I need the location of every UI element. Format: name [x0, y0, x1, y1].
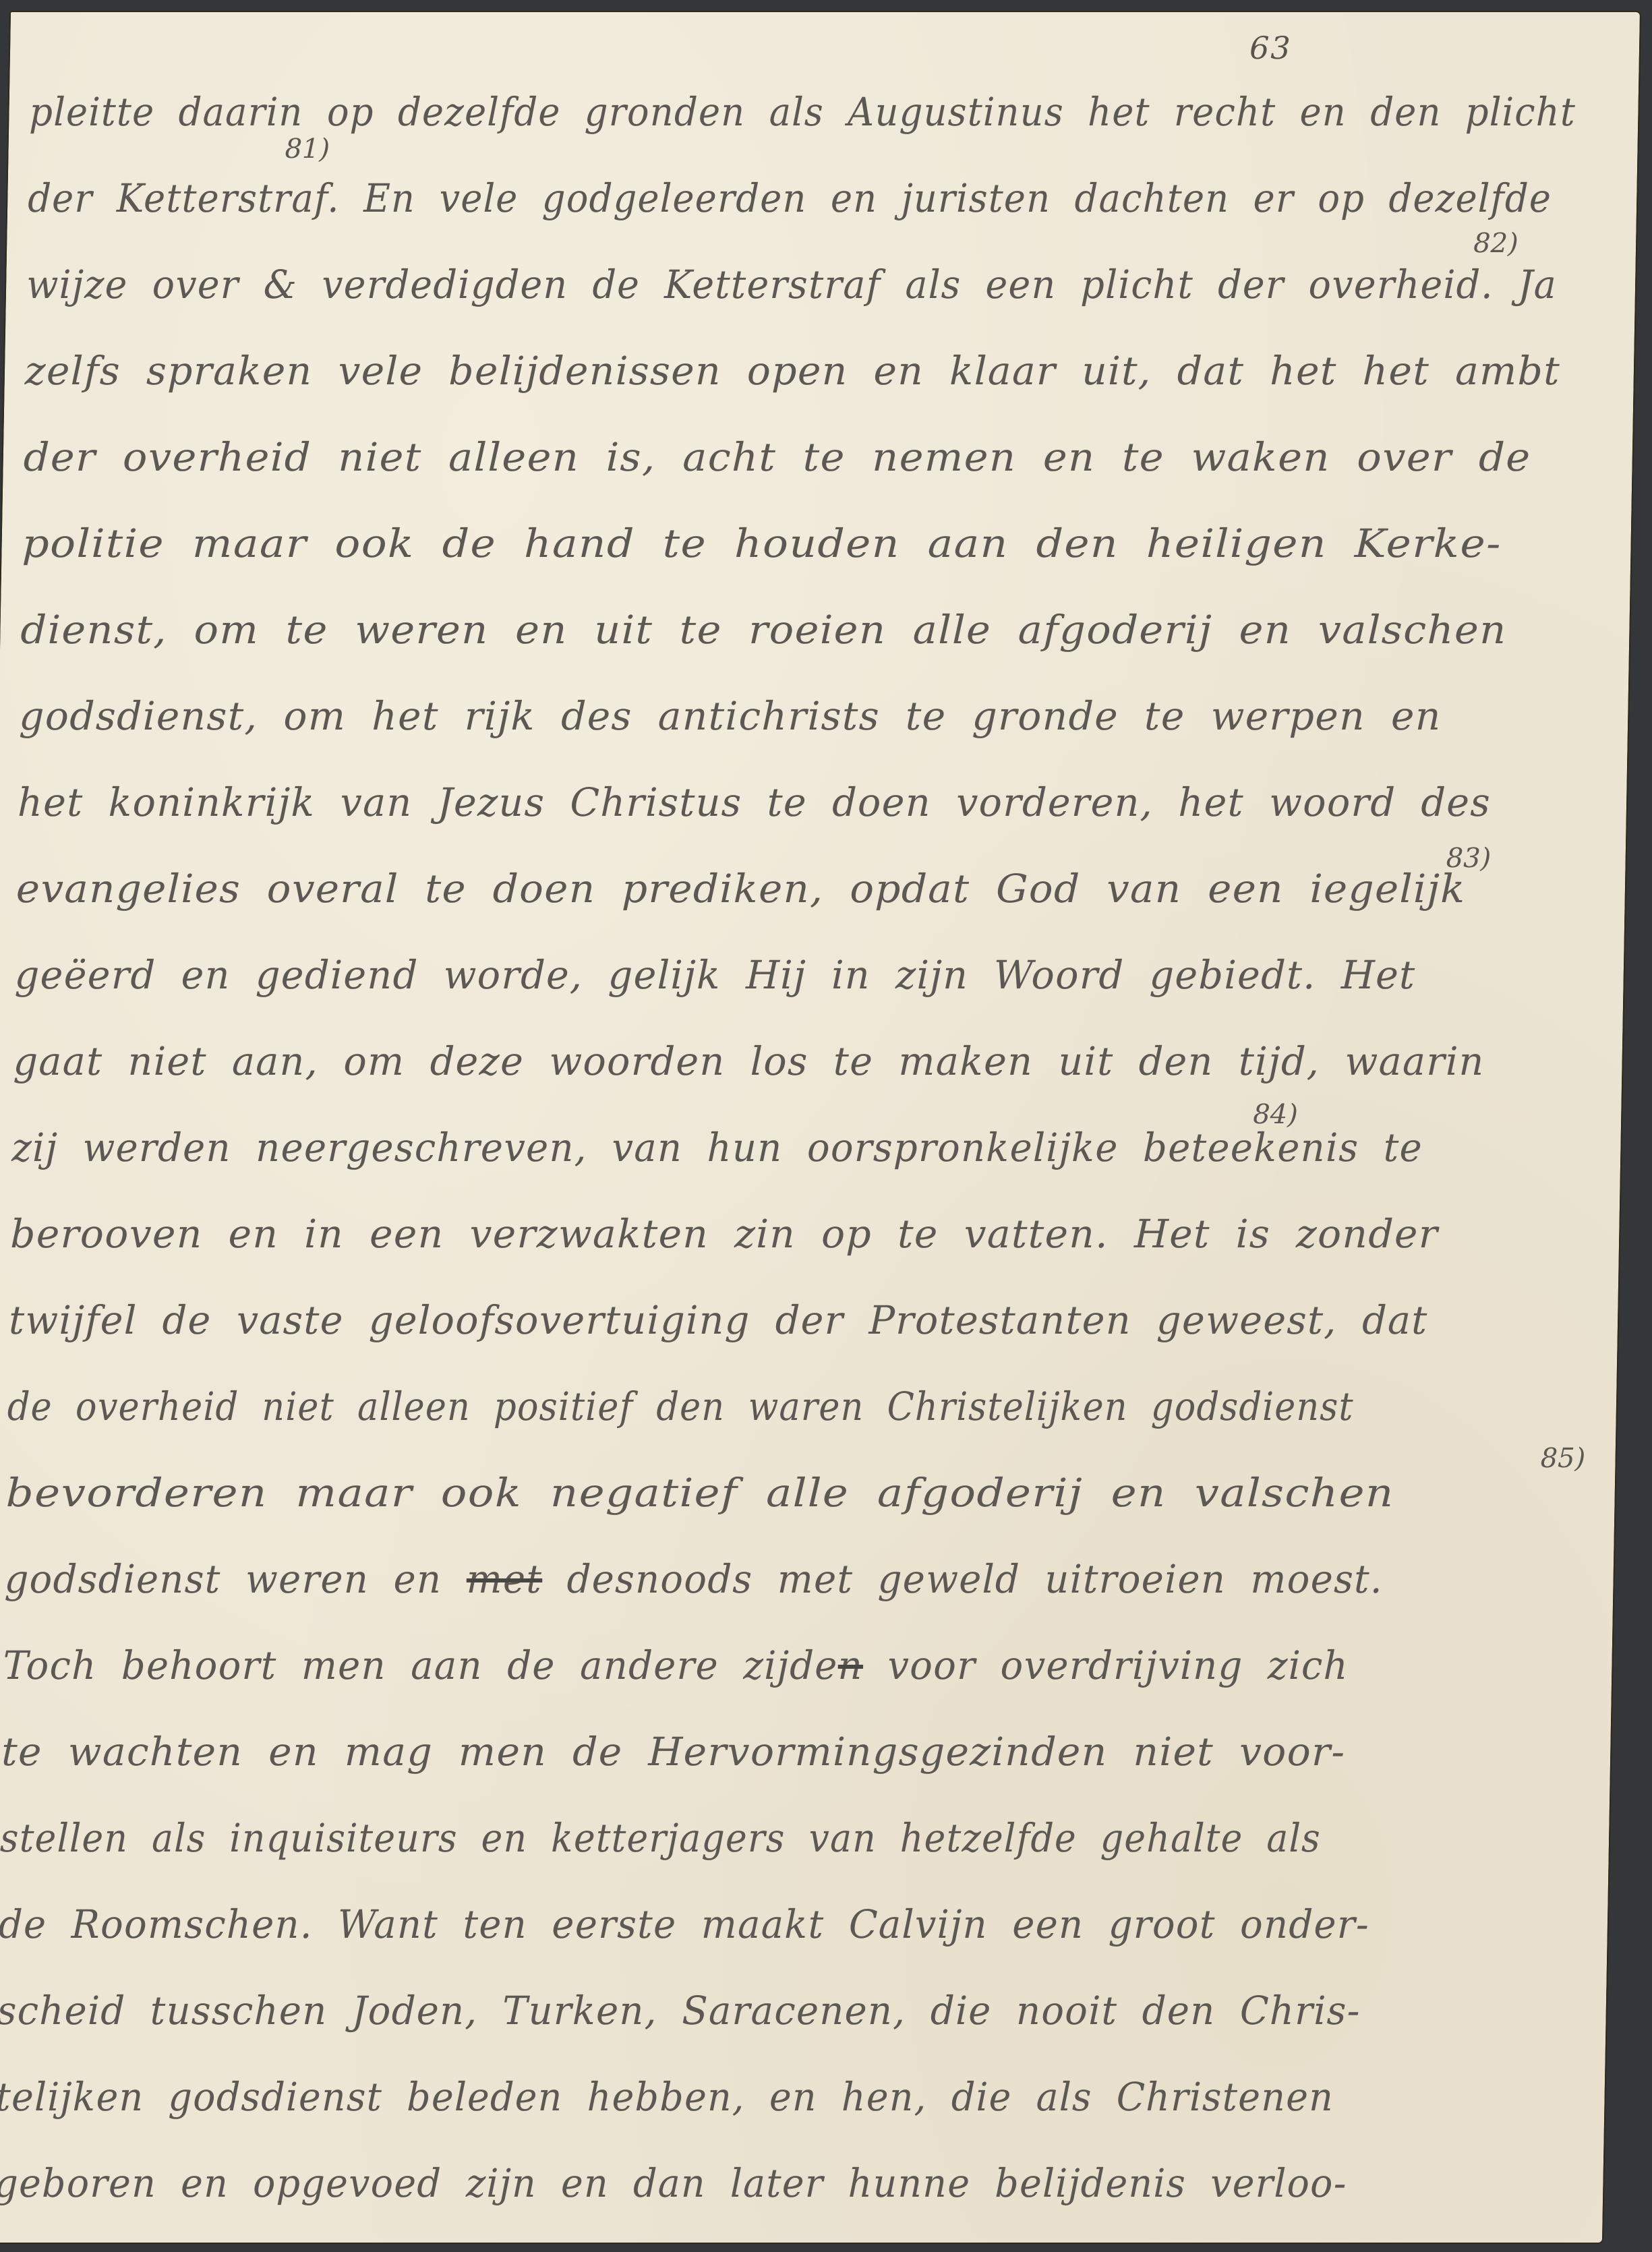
footnote-marker-81: 81): [285, 134, 330, 165]
text-line-21: stellen als inquisiteurs en ketterjagers…: [0, 1804, 1589, 1872]
text-line-16: de overheid niet alleen positief den war…: [7, 1373, 1597, 1440]
footnote-marker-83: 83): [1446, 843, 1491, 874]
text-line-13: zij werden neergeschreven, van hun oorsp…: [11, 1114, 1601, 1181]
handwritten-text-body: pleitte daarin op dezelfde gronden als A…: [0, 12, 1640, 2243]
footnote-marker-85: 85): [1540, 1443, 1585, 1474]
text-line-25: geboren en opgevoed zijn en dan later hu…: [0, 2150, 1583, 2217]
text-line-23: scheid tusschen Joden, Turken, Saracenen…: [0, 1977, 1587, 2044]
text-line-11: geëerd en gediend worde, gelijk Hij in z…: [14, 941, 1604, 1009]
text-line-19: Toch behoort men aan de andere zijden vo…: [3, 1632, 1593, 1699]
text-line-4: zelfs spraken vele belijdenissen open en…: [24, 337, 1614, 405]
text-line-7: dienst, om te weren en uit te roeien all…: [20, 596, 1610, 663]
text-line-1: pleitte daarin op dezelfde gronden als A…: [29, 78, 1619, 146]
struck-out-letter: n: [837, 1642, 863, 1688]
text-line-3: wijze over & verdedigden de Ketterstraf …: [26, 251, 1616, 318]
text-line-12: gaat niet aan, om deze woorden los te ma…: [13, 1028, 1603, 1095]
text-line-2: der Ketterstraf. En vele godgeleerden en…: [27, 165, 1617, 232]
text-line-22: de Roomschen. Want ten eerste maakt Calv…: [0, 1891, 1588, 1958]
text-line-10: evangelies overal te doen prediken, opda…: [16, 855, 1605, 922]
text-line-18: godsdienst weren en met desnoods met gew…: [4, 1545, 1594, 1613]
text-line-14: berooven en in een verzwakten zin op te …: [9, 1200, 1599, 1268]
manuscript-page: 63 pleitte daarin op dezelfde gronden al…: [0, 12, 1640, 2243]
text-line-6: politie maar ook de hand te houden aan d…: [22, 510, 1612, 577]
struck-out-word: met: [466, 1556, 543, 1602]
text-line-8: godsdienst, om het rijk des antichrists …: [18, 682, 1608, 750]
text-line-24: telijken godsdienst beleden hebben, en h…: [0, 2063, 1585, 2131]
footnote-marker-82: 82): [1473, 228, 1518, 259]
text-line-17: bevorderen maar ook negatief alle afgode…: [5, 1459, 1595, 1527]
text-line-20: te wachten en mag men de Hervormingsgezi…: [1, 1718, 1591, 1785]
text-line-5: der overheid niet alleen is, acht te nem…: [23, 423, 1613, 491]
text-line-9: het koninkrijk van Jezus Christus te doe…: [17, 769, 1607, 836]
footnote-marker-84: 84): [1253, 1099, 1298, 1130]
text-line-15: twijfel de vaste geloofsovertuiging der …: [8, 1286, 1598, 1354]
